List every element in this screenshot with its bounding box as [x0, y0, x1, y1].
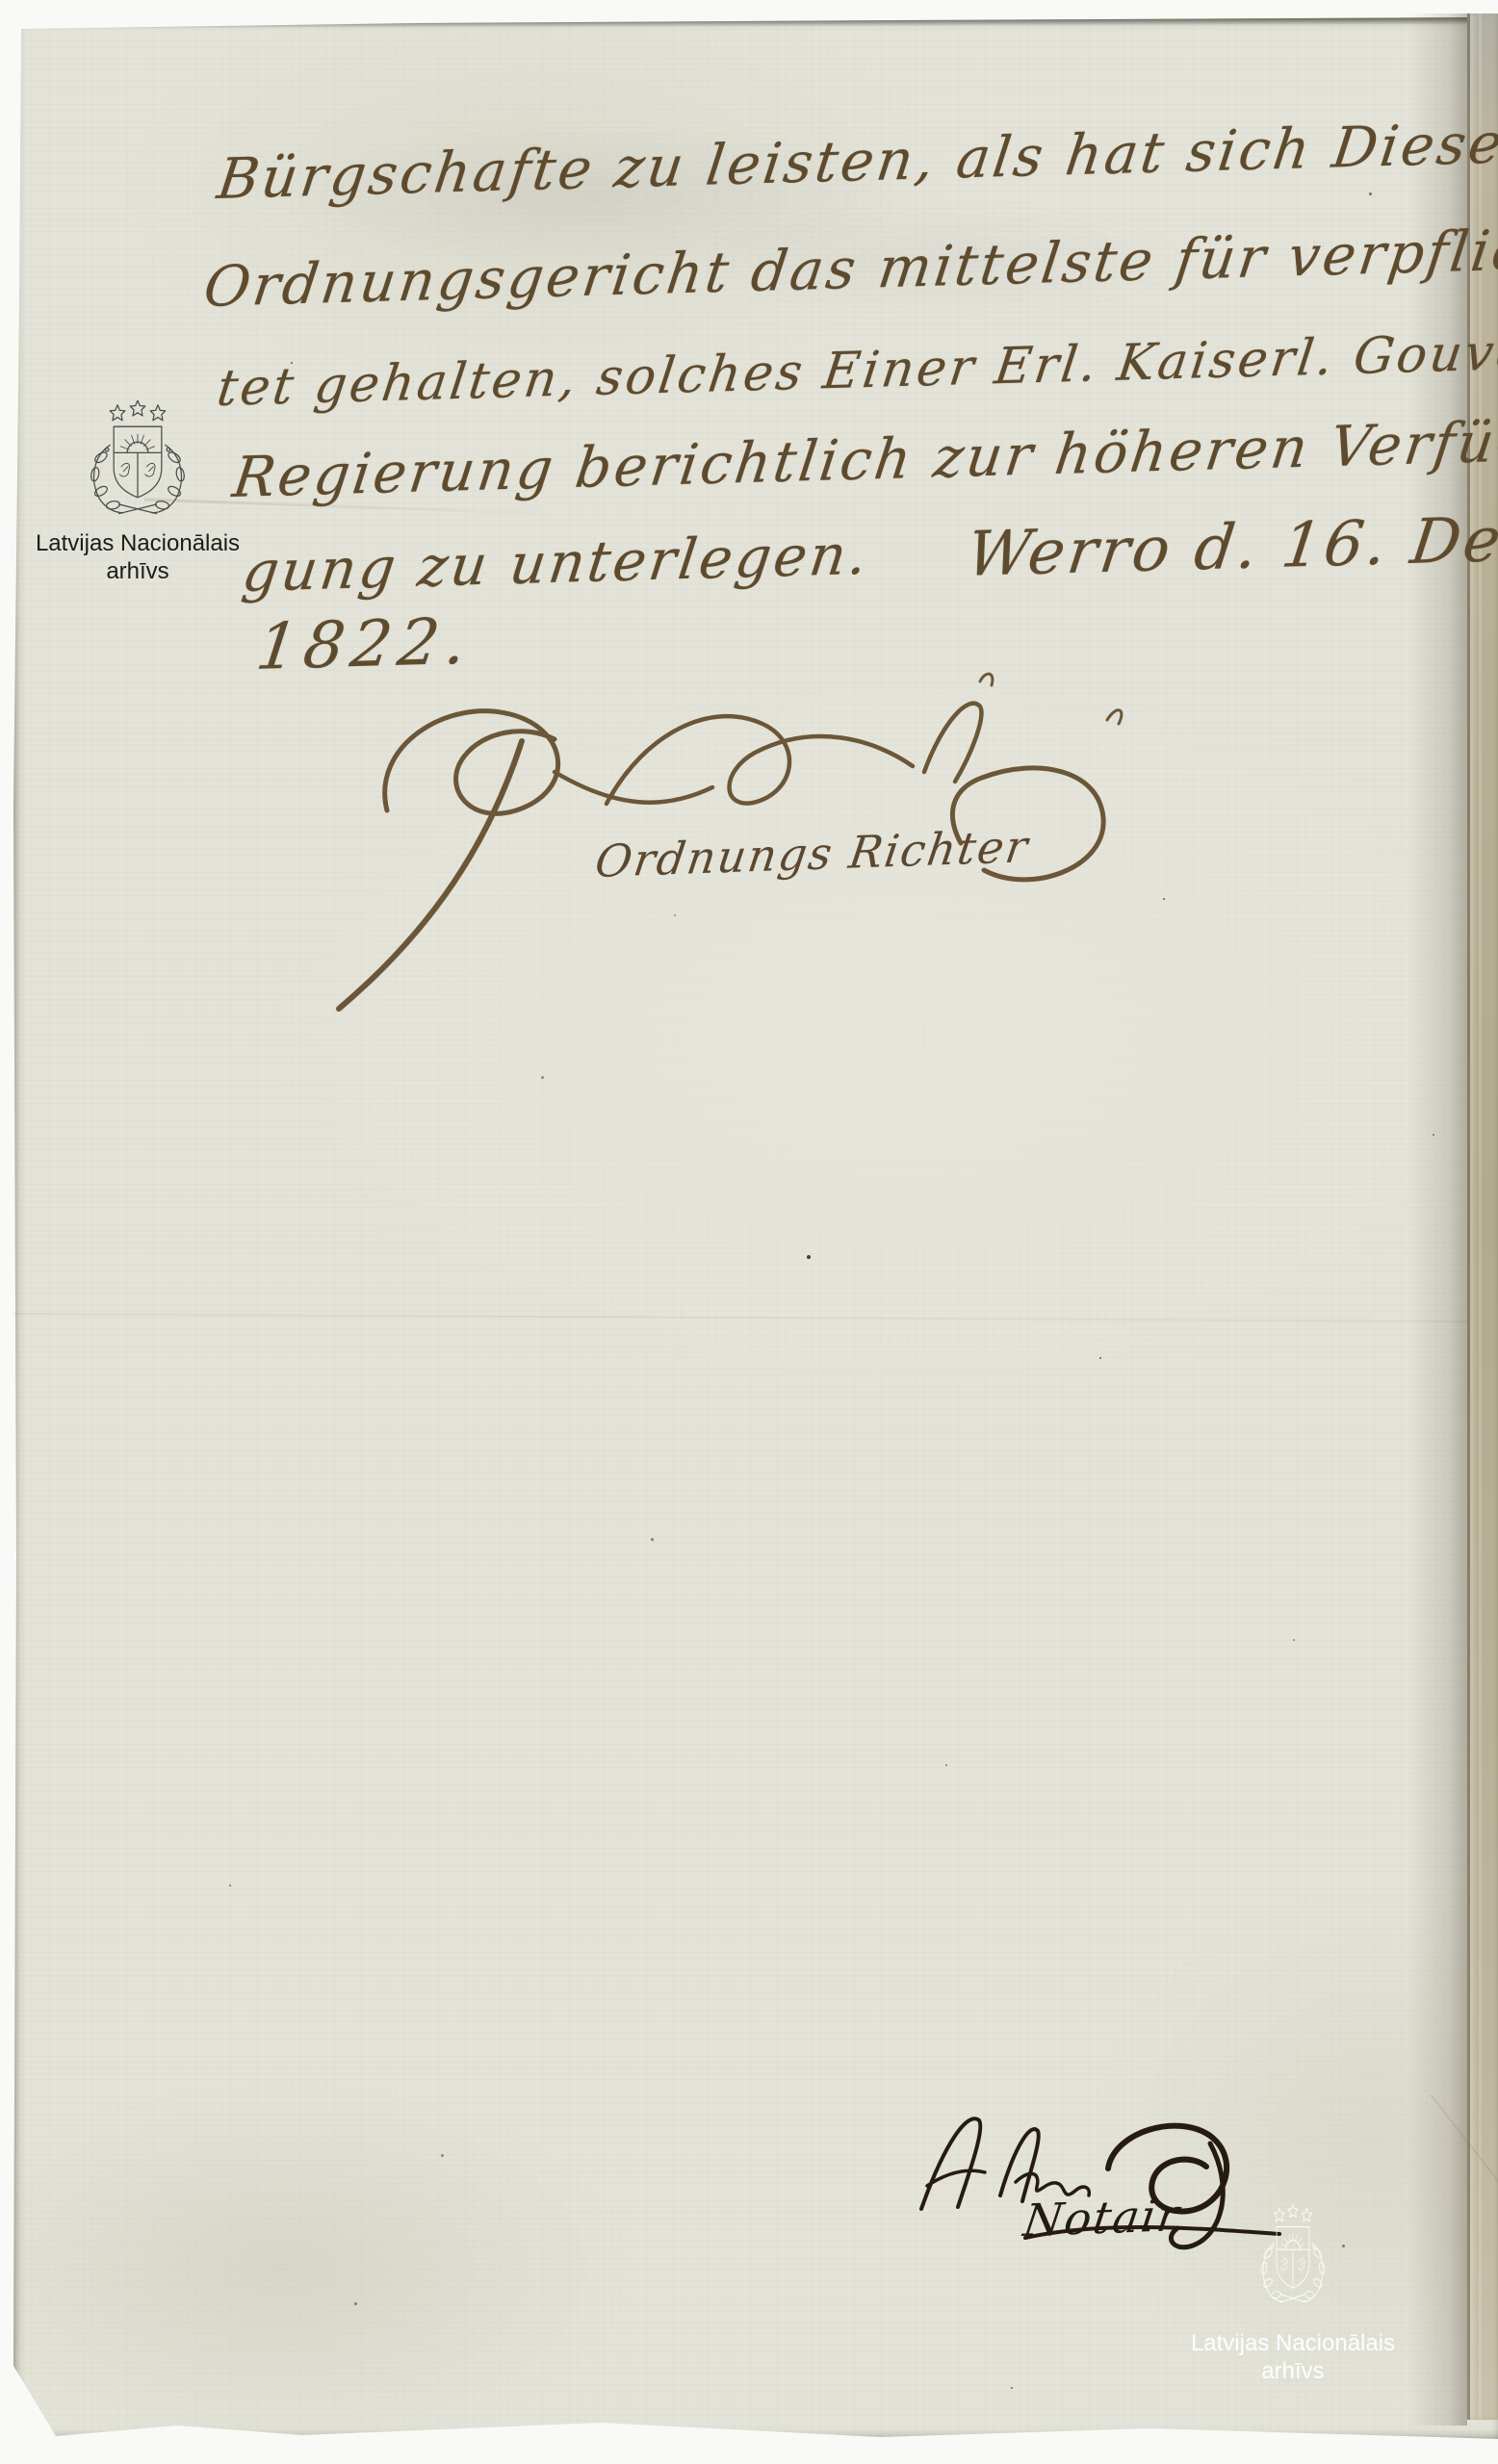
ink-speck [1163, 898, 1165, 900]
ink-speck [441, 2154, 444, 2157]
ink-speck [541, 1076, 544, 1079]
archive-name-line1: Latvijas Nacionālais [32, 529, 244, 557]
ink-speck [1011, 2387, 1013, 2389]
notary-title: Notair [1020, 2189, 1184, 2246]
scanned-document: Bürgschafte zu leisten, als hat sich Die… [0, 0, 1498, 2464]
ink-speck [674, 914, 676, 916]
ink-speck [651, 1538, 654, 1541]
archive-watermark-bottom: Latvijas Nacionālais arhīvs [1187, 2204, 1399, 2385]
ink-speck [354, 2302, 357, 2305]
ink-speck [1369, 192, 1372, 195]
archive-name-line1: Latvijas Nacionālais [1187, 2329, 1399, 2357]
coat-of-arms-icon [1250, 2204, 1336, 2304]
archive-name-line2: arhīvs [32, 557, 244, 585]
ink-speck [291, 362, 293, 364]
archive-watermark-top: Latvijas Nacionālais arhīvs [32, 400, 244, 585]
ink-speck [1293, 1639, 1295, 1641]
ink-speck [1099, 1357, 1101, 1359]
ink-speck [1433, 1134, 1434, 1136]
ink-speck [1342, 2245, 1345, 2247]
ink-speck [945, 1764, 947, 1766]
ink-speck [229, 1885, 231, 1886]
ink-speck [807, 1255, 811, 1259]
archive-name-line2: arhīvs [1187, 2357, 1399, 2385]
